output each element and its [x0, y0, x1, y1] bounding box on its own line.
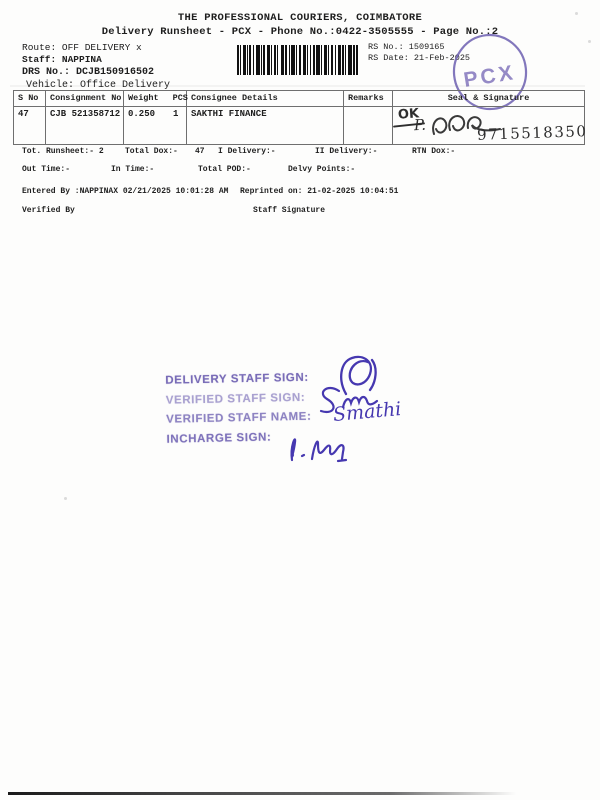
table-header-row: S No Consignment No WeightPCS Consignee …: [14, 91, 584, 107]
verified-by: Verified By: [22, 206, 75, 215]
in-time: In Time:-: [111, 165, 154, 174]
drs-number-line: DRS No.: DCJB150916502: [22, 67, 154, 78]
total-dox-value: 47: [195, 147, 205, 156]
scan-edge-artifact: [8, 792, 516, 795]
cell-weight-pcs: 0.2501: [124, 107, 187, 144]
cell-remarks: [344, 107, 393, 144]
header-remarks: Remarks: [344, 91, 393, 106]
cell-sno: 47: [14, 107, 46, 144]
header-weight: Weight: [128, 93, 159, 103]
route-line: Route: OFF DELIVERY x: [22, 42, 142, 53]
header-weight-pcs: WeightPCS: [124, 91, 187, 106]
delvy-points: Delvy Points:-: [288, 165, 355, 174]
header-consignment-no: Consignment No: [46, 91, 124, 106]
barcode: [237, 45, 358, 75]
runsheet-document: THE PROFESSIONAL COURIERS, COIMBATORE De…: [0, 0, 600, 800]
rs-number-line: RS No.: 1509165: [368, 42, 445, 52]
seal-sign-initial: P.: [414, 116, 427, 135]
cell-pcs: 1: [173, 109, 178, 119]
reprinted-on: Reprinted on: 21-02-2025 10:04:51: [240, 187, 398, 196]
header-seal-signature: Seal & Signature: [393, 91, 584, 106]
tot-runsheet: Tot. Runsheet:- 2: [22, 147, 104, 156]
cell-consignment-no: CJB 521358712: [46, 107, 124, 144]
out-time: Out Time:-: [22, 165, 70, 174]
pcx-stamp-text: PCX: [462, 61, 517, 92]
staff-signature-label: Staff Signature: [253, 206, 325, 215]
entered-by: Entered By :NAPPINAX 02/21/2025 10:01:28…: [22, 187, 228, 196]
header-pcs: PCS: [173, 93, 188, 103]
rtn-dox: RTN Dox:-: [412, 147, 455, 156]
company-title: THE PROFESSIONAL COURIERS, COIMBATORE: [0, 12, 600, 24]
staff-line: Staff: NAPPINA: [22, 54, 102, 65]
cell-consignee: SAKTHI FINANCE: [187, 107, 344, 144]
scan-speck: [588, 40, 591, 43]
cell-weight: 0.250: [128, 109, 155, 119]
scan-speck: [64, 497, 67, 500]
total-pod: Total POD:-: [198, 165, 251, 174]
total-dox-label: Total Dox:-: [125, 147, 178, 156]
incharge-signature: [278, 428, 368, 468]
header-sno: S No: [14, 91, 46, 106]
i-delivery: I Delivery:-: [218, 147, 276, 156]
ii-delivery: II Delivery:-: [315, 147, 377, 156]
header-consignee: Consignee Details: [187, 91, 344, 106]
seal-phone-handwriting: 9715518350: [477, 122, 588, 144]
